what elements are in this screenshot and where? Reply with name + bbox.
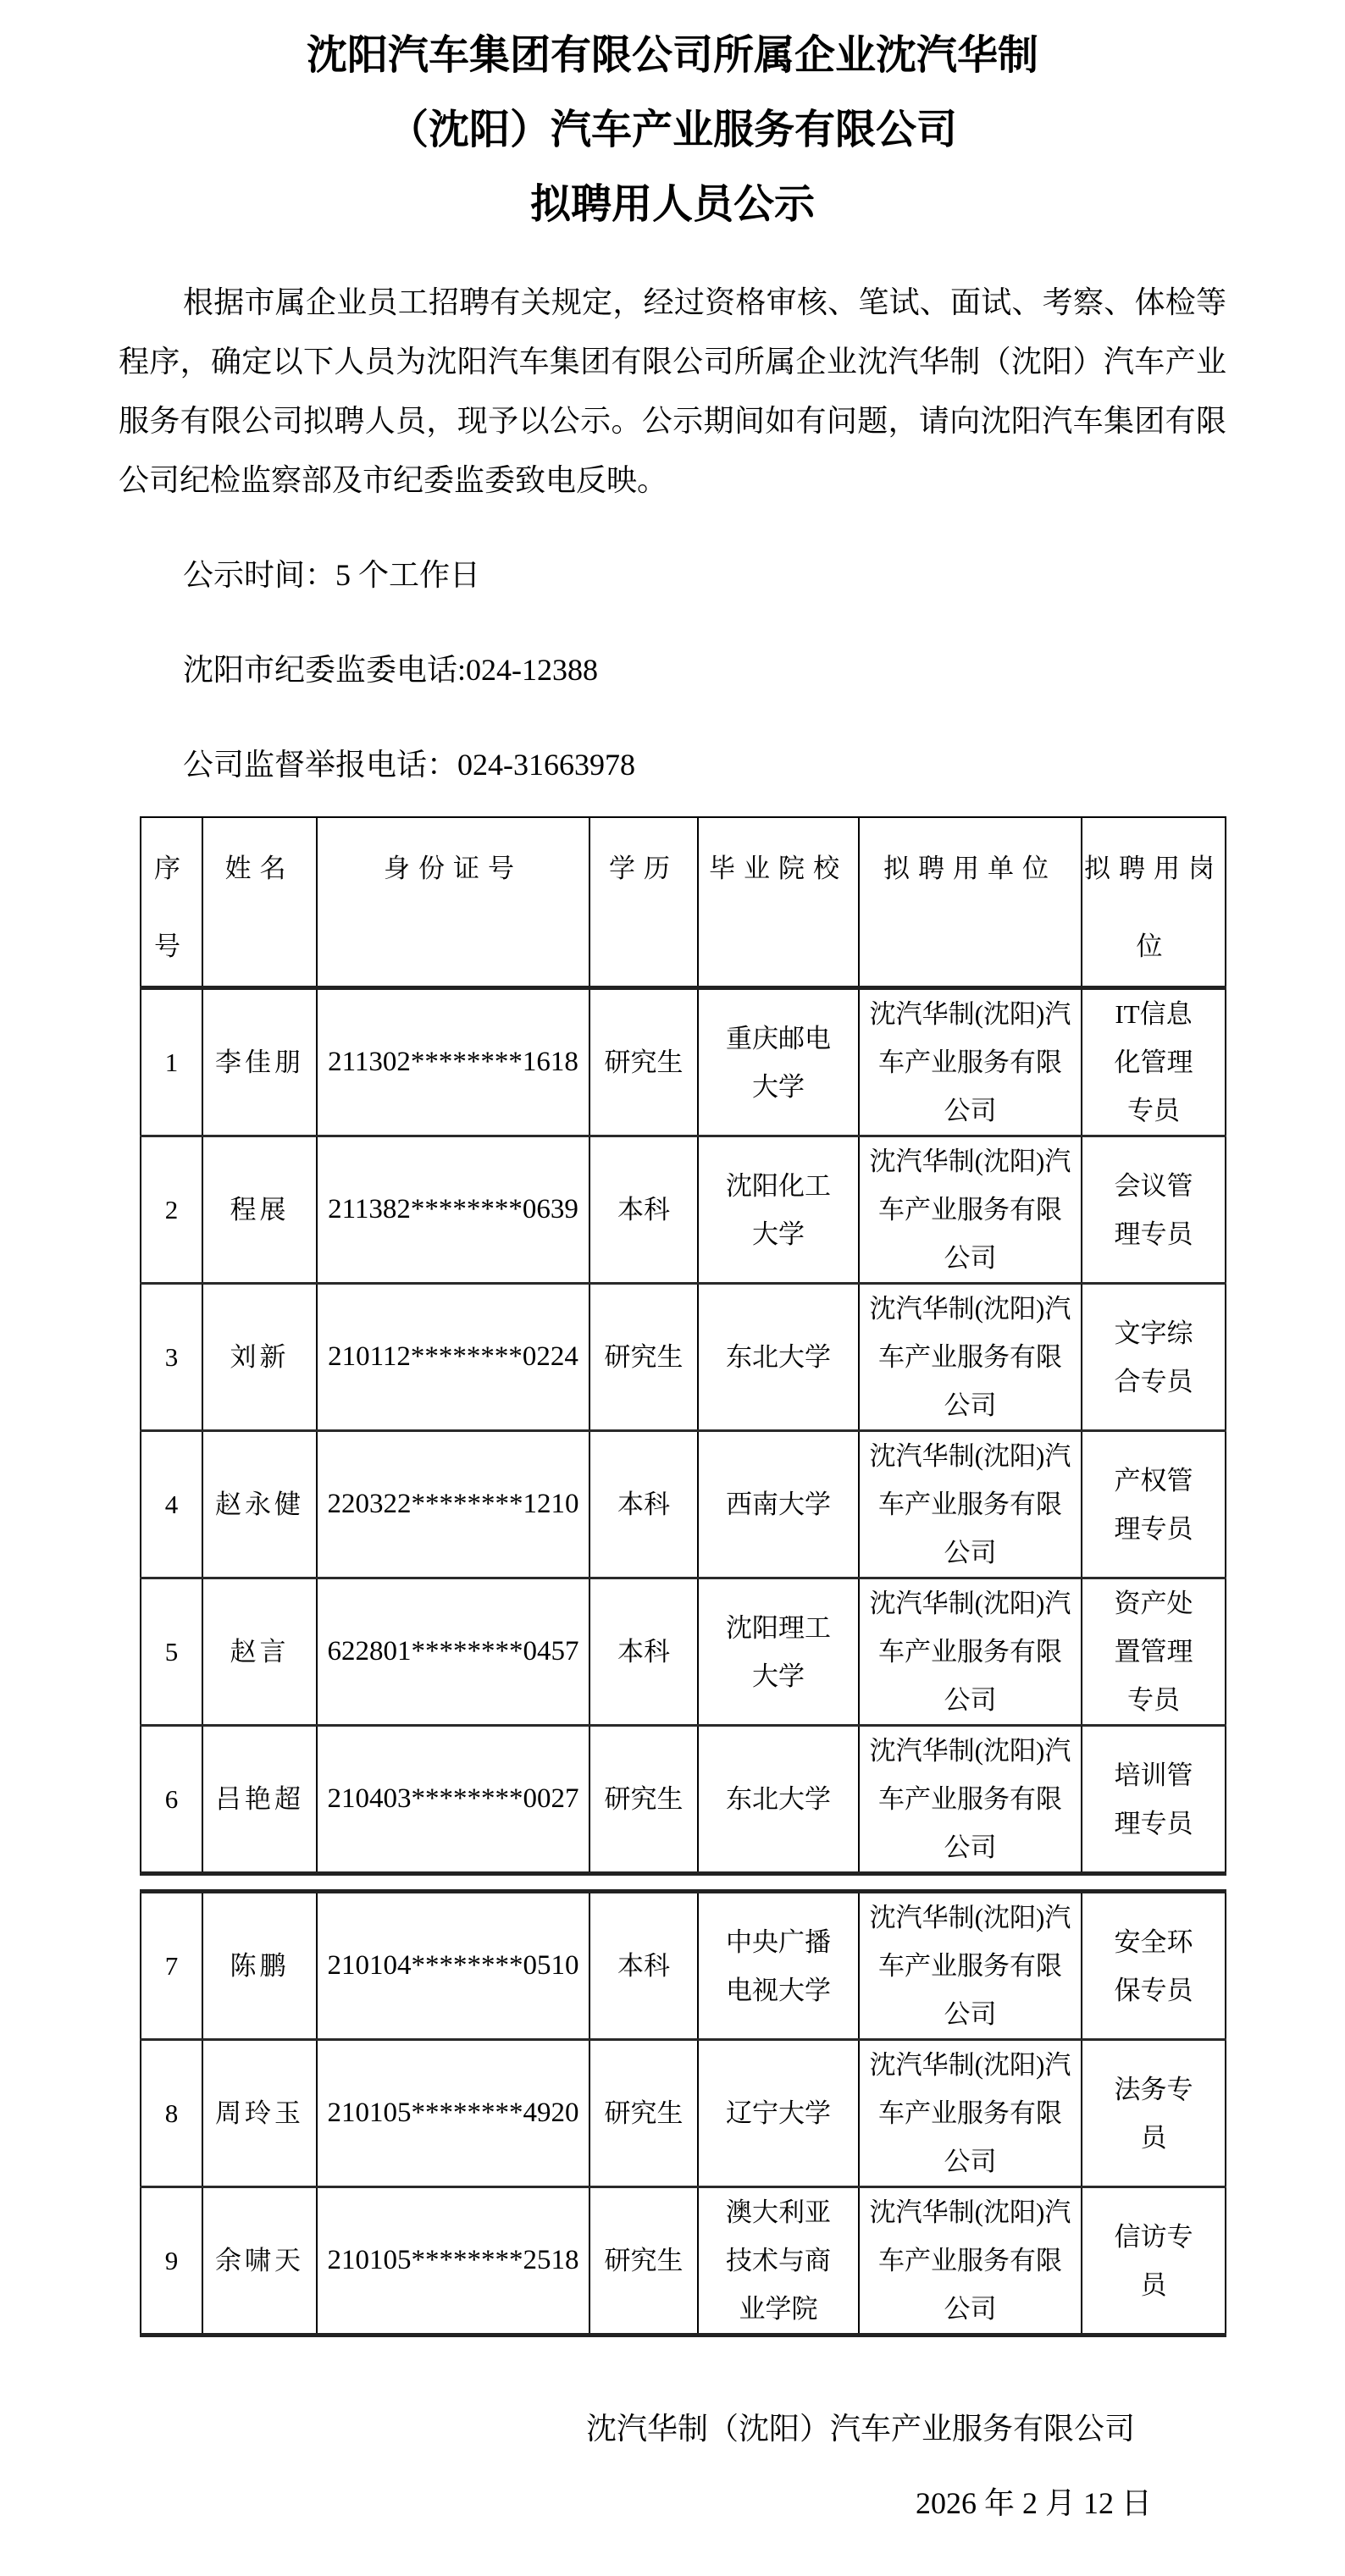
table-cell: 210105********2518 [317, 2187, 589, 2336]
document-title: 沈阳汽车集团有限公司所属企业沈汽华制 （沈阳）汽车产业服务有限公司 拟聘用人员公… [119, 19, 1226, 242]
table-cell: 西南大学 [698, 1431, 859, 1578]
table-cell: 沈汽华制(沈阳)汽车产业服务有限公司 [859, 2187, 1082, 2336]
table-cell: 210112********0224 [317, 1284, 589, 1431]
table-cell: 8 [141, 2040, 202, 2187]
table-cell: 研究生 [589, 2040, 698, 2187]
table-row: 3刘新210112********0224研究生东北大学沈汽华制(沈阳)汽车产业… [141, 1284, 1226, 1431]
notice-company-phone: 公司监督举报电话：024-31663978 [119, 735, 1226, 794]
table-cell: 沈汽华制(沈阳)汽车产业服务有限公司 [859, 1892, 1082, 2040]
table-row: 7陈鹏210104********0510本科中央广播电视大学沈汽华制(沈阳)汽… [141, 1892, 1226, 2040]
table-cell: 5 [141, 1578, 202, 1726]
table-cell: 本科 [589, 1431, 698, 1578]
table-cell: 沈汽华制(沈阳)汽车产业服务有限公司 [859, 1578, 1082, 1726]
table-cell: 211382********0639 [317, 1136, 589, 1284]
notice-publicity-period: 公示时间：5 个工作日 [119, 545, 1226, 605]
table-row: 9余啸天210105********2518研究生澳大利亚技术与商业学院沈汽华制… [141, 2187, 1226, 2336]
title-line-1: 沈阳汽车集团有限公司所属企业沈汽华制 [119, 19, 1226, 93]
table-cell: 李佳朋 [202, 988, 317, 1136]
table-cell: 研究生 [589, 1284, 698, 1431]
table-row: 1李佳朋211302********1618研究生重庆邮电大学沈汽华制(沈阳)汽… [141, 988, 1226, 1136]
table-cell: 6 [141, 1726, 202, 1874]
table-cell: 陈鹏 [202, 1892, 317, 2040]
table-cell: 周玲玉 [202, 2040, 317, 2187]
table-cell: 研究生 [589, 988, 698, 1136]
title-line-3: 拟聘用人员公示 [119, 168, 1226, 242]
signature-company: 沈汽华制（沈阳）汽车产业服务有限公司 [119, 2403, 1226, 2454]
table-row: 4赵永健220322********1210本科西南大学沈汽华制(沈阳)汽车产业… [141, 1431, 1226, 1578]
column-header-employing-unit: 拟聘用单位 [859, 817, 1082, 988]
table-row: 2程展211382********0639本科沈阳化工大学沈汽华制(沈阳)汽车产… [141, 1136, 1226, 1284]
roster-rows-7-9: 7陈鹏210104********0510本科中央广播电视大学沈汽华制(沈阳)汽… [141, 1892, 1226, 2336]
table-cell: 沈汽华制(沈阳)汽车产业服务有限公司 [859, 1431, 1082, 1578]
table-cell: 9 [141, 2187, 202, 2336]
table-cell: 210403********0027 [317, 1726, 589, 1874]
column-header-id-number: 身份证号 [317, 817, 589, 988]
table-cell: 沈阳化工大学 [698, 1136, 859, 1284]
table-cell: 研究生 [589, 1726, 698, 1874]
table-cell: 1 [141, 988, 202, 1136]
roster-table-header: 序号 姓名 身份证号 学历 毕业院校 拟聘用单位 拟聘用岗位 [141, 817, 1226, 988]
table-cell: 7 [141, 1892, 202, 2040]
column-header-school: 毕业院校 [698, 817, 859, 988]
table-cell: 赵永健 [202, 1431, 317, 1578]
table-cell: 重庆邮电大学 [698, 988, 859, 1136]
column-header-name: 姓名 [202, 817, 317, 988]
table-cell: 研究生 [589, 2187, 698, 2336]
table-cell: 文字综合专员 [1082, 1284, 1226, 1431]
table-cell: 沈汽华制(沈阳)汽车产业服务有限公司 [859, 2040, 1082, 2187]
table-cell: 澳大利亚技术与商业学院 [698, 2187, 859, 2336]
table-cell: 220322********1210 [317, 1431, 589, 1578]
table-cell: 沈汽华制(沈阳)汽车产业服务有限公司 [859, 988, 1082, 1136]
table-cell: 沈阳理工大学 [698, 1578, 859, 1726]
table-cell: 刘新 [202, 1284, 317, 1431]
table-cell: 培训管理专员 [1082, 1726, 1226, 1874]
table-cell: 东北大学 [698, 1284, 859, 1431]
table-cell: 210105********4920 [317, 2040, 589, 2187]
table-cell: 余啸天 [202, 2187, 317, 2336]
table-cell: 辽宁大学 [698, 2040, 859, 2187]
table-cell: 622801********0457 [317, 1578, 589, 1726]
signature-date: 2026 年 2 月 12 日 [119, 2478, 1226, 2529]
column-header-position: 拟聘用岗位 [1082, 817, 1226, 988]
table-cell: 3 [141, 1284, 202, 1431]
table-cell: 4 [141, 1431, 202, 1578]
table-row: 8周玲玉210105********4920研究生辽宁大学沈汽华制(沈阳)汽车产… [141, 2040, 1226, 2187]
table-cell: 沈汽华制(沈阳)汽车产业服务有限公司 [859, 1726, 1082, 1874]
table-cell: 法务专员 [1082, 2040, 1226, 2187]
table-cell: 211302********1618 [317, 988, 589, 1136]
table-cell: 赵言 [202, 1578, 317, 1726]
table-cell: 信访专员 [1082, 2187, 1226, 2336]
table-cell: 东北大学 [698, 1726, 859, 1874]
table-cell: 本科 [589, 1578, 698, 1726]
table-cell: 吕艳超 [202, 1726, 317, 1874]
table-cell: 沈汽华制(沈阳)汽车产业服务有限公司 [859, 1284, 1082, 1431]
table-cell: 资产处置管理专员 [1082, 1578, 1226, 1726]
table-cell: 本科 [589, 1136, 698, 1284]
table-cell: 210104********0510 [317, 1892, 589, 2040]
header-row: 序号 姓名 身份证号 学历 毕业院校 拟聘用单位 拟聘用岗位 [141, 817, 1226, 988]
table-cell: 本科 [589, 1892, 698, 2040]
title-line-2: （沈阳）汽车产业服务有限公司 [119, 93, 1226, 168]
intro-paragraph: 根据市属企业员工招聘有关规定，经过资格审核、笔试、面试、考察、体检等程序，确定以… [119, 273, 1226, 510]
table-cell: 产权管理专员 [1082, 1431, 1226, 1578]
table-cell: 程展 [202, 1136, 317, 1284]
column-header-index: 序号 [141, 817, 202, 988]
table-cell: 会议管理专员 [1082, 1136, 1226, 1284]
table-cell: 2 [141, 1136, 202, 1284]
document-page: 沈阳汽车集团有限公司所属企业沈汽华制 （沈阳）汽车产业服务有限公司 拟聘用人员公… [119, 19, 1226, 2529]
table-cell: 沈汽华制(沈阳)汽车产业服务有限公司 [859, 1136, 1082, 1284]
table-cell: IT信息化管理专员 [1082, 988, 1226, 1136]
table-row: 5赵言622801********0457本科沈阳理工大学沈汽华制(沈阳)汽车产… [141, 1578, 1226, 1726]
roster-rows-1-6: 1李佳朋211302********1618研究生重庆邮电大学沈汽华制(沈阳)汽… [141, 988, 1226, 1874]
table-row: 6吕艳超210403********0027研究生东北大学沈汽华制(沈阳)汽车产… [141, 1726, 1226, 1874]
roster-table-part2: 7陈鹏210104********0510本科中央广播电视大学沈汽华制(沈阳)汽… [140, 1889, 1226, 2337]
table-cell: 中央广播电视大学 [698, 1892, 859, 2040]
notice-commission-phone: 沈阳市纪委监委电话:024-12388 [119, 640, 1226, 699]
table-cell: 安全环保专员 [1082, 1892, 1226, 2040]
roster-table-part1: 序号 姓名 身份证号 学历 毕业院校 拟聘用单位 拟聘用岗位 1李佳朋21130… [140, 816, 1226, 1876]
column-header-education: 学历 [589, 817, 698, 988]
